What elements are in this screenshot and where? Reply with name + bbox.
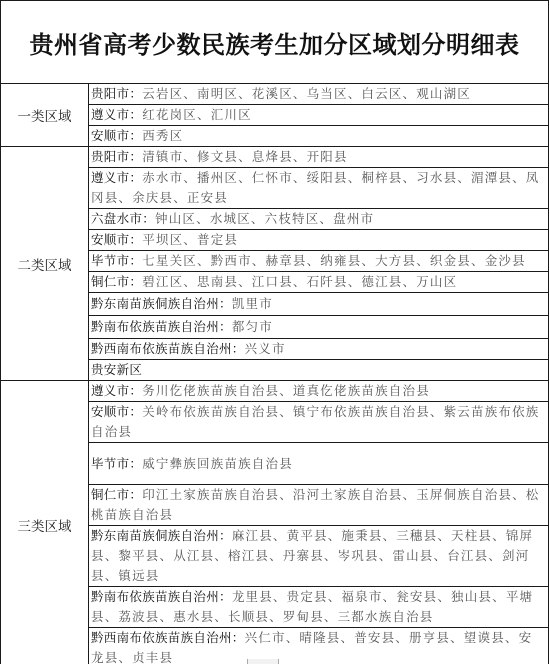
list-item: 安顺市：西秀区 [89, 126, 549, 147]
city-name: 安顺市： [91, 404, 142, 419]
cropped-fragment [247, 659, 279, 664]
document-sheet: 贵州省高考少数民族考生加分区域划分明细表 一类区域 贵阳市：云岩区、南明区、花溪… [0, 0, 550, 664]
city-name: 铜仁市： [91, 487, 142, 502]
city-name: 安顺市： [91, 232, 142, 247]
list-item: 六盘水市：钟山区、水城区、六枝特区、盘州市 [89, 209, 549, 230]
region-label-1: 一类区域 [1, 84, 89, 147]
area-list: 平坝区、普定县 [142, 232, 238, 247]
area-list: 关岭布依族苗族自治县、镇宁布依族苗族自治县、紫云苗族布依族自治县 [91, 404, 540, 439]
table-row: 一类区域 贵阳市：云岩区、南明区、花溪区、乌当区、白云区、观山湖区 [1, 84, 549, 105]
area-list: 都匀市 [232, 319, 273, 334]
list-item: 黔东南苗族侗族自治州：麻江县、黄平县、施秉县、三穗县、天柱县、锦屏县、黎平县、从… [89, 526, 549, 587]
area-list: 清镇市、修文县、息烽县、开阳县 [142, 149, 348, 164]
list-item: 黔南布依族苗族自治州：都匀市 [89, 316, 549, 339]
area-list: 钟山区、水城区、六枝特区、盘州市 [155, 211, 374, 226]
list-item: 毕节市：威宁彝族回族苗族自治县 [89, 443, 549, 485]
list-item: 遵义市：务川仡佬族苗族自治县、道真仡佬族苗族自治县 [89, 381, 549, 402]
city-name: 遵义市： [91, 107, 142, 122]
city-name: 遵义市： [91, 383, 142, 398]
city-name: 安顺市： [91, 128, 142, 143]
area-list: 威宁彝族回族苗族自治县 [142, 456, 293, 471]
title-row: 贵州省高考少数民族考生加分区域划分明细表 [1, 1, 549, 84]
city-name: 黔东南苗族侗族自治州： [91, 296, 232, 311]
region-label-3: 三类区域 [1, 381, 89, 664]
list-item: 黔西南布依族苗族自治州：兴义市 [89, 339, 549, 360]
region-label-2: 二类区域 [1, 147, 89, 381]
city-name: 六盘水市： [91, 211, 155, 226]
city-name: 铜仁市： [91, 274, 142, 289]
city-name: 黔南布依族苗族自治州： [91, 589, 232, 604]
area-list: 七星关区、黔西市、赫章县、纳雍县、大方县、织金县、金沙县 [142, 253, 526, 268]
area-list: 碧江区、思南县、江口县、石阡县、德江县、万山区 [142, 274, 457, 289]
list-item: 贵安新区 [89, 360, 549, 381]
list-item: 黔东南苗族侗族自治州：凯里市 [89, 293, 549, 316]
list-item: 遵义市：赤水市、播州区、仁怀市、绥阳县、桐梓县、习水县、湄潭县、凤冈县、余庆县、… [89, 168, 549, 209]
city-name: 黔东南苗族侗族自治州： [91, 528, 232, 543]
table-row: 二类区域 贵阳市：清镇市、修文县、息烽县、开阳县 [1, 147, 549, 168]
list-item: 铜仁市：碧江区、思南县、江口县、石阡县、德江县、万山区 [89, 272, 549, 293]
area-list: 务川仡佬族苗族自治县、道真仡佬族苗族自治县 [142, 383, 430, 398]
area-list: 云岩区、南明区、花溪区、乌当区、白云区、观山湖区 [142, 86, 471, 101]
city-name: 贵阳市： [91, 149, 142, 164]
list-item: 安顺市：平坝区、普定县 [89, 230, 549, 251]
area-list: 兴义市 [245, 341, 286, 356]
area-list: 凯里市 [232, 296, 273, 311]
area-list: 西秀区 [142, 128, 183, 143]
area-list: 红花岗区、汇川区 [142, 107, 252, 122]
city-name: 黔西南布依族苗族自治州： [91, 630, 245, 645]
region-table: 贵州省高考少数民族考生加分区域划分明细表 一类区域 贵阳市：云岩区、南明区、花溪… [0, 0, 549, 664]
list-item: 毕节市：七星关区、黔西市、赫章县、纳雍县、大方县、织金县、金沙县 [89, 251, 549, 272]
list-item: 贵阳市：清镇市、修文县、息烽县、开阳县 [89, 147, 549, 168]
city-name: 黔南布依族苗族自治州： [91, 319, 232, 334]
city-name: 毕节市： [91, 253, 142, 268]
city-name: 遵义市： [91, 170, 142, 185]
list-item: 贵阳市：云岩区、南明区、花溪区、乌当区、白云区、观山湖区 [89, 84, 549, 105]
city-name: 毕节市： [91, 456, 142, 471]
list-item: 安顺市：关岭布依族苗族自治县、镇宁布依族苗族自治县、紫云苗族布依族自治县 [89, 402, 549, 443]
city-name: 贵安新区 [91, 362, 142, 377]
area-list: 赤水市、播州区、仁怀市、绥阳县、桐梓县、习水县、湄潭县、凤冈县、余庆县、正安县 [91, 170, 540, 205]
page-title: 贵州省高考少数民族考生加分区域划分明细表 [1, 1, 549, 84]
list-item: 黔南布依族苗族自治州：龙里县、贵定县、福泉市、瓮安县、独山县、平塘县、荔波县、惠… [89, 587, 549, 628]
list-item: 黔西南布依族苗族自治州：兴仁市、晴隆县、普安县、册亨县、望谟县、安龙县、贞丰县 [89, 628, 549, 664]
list-item: 铜仁市：印江土家族苗族自治县、沿河土家族自治县、玉屏侗族自治县、松桃苗族自治县 [89, 485, 549, 526]
list-item: 遵义市：红花岗区、汇川区 [89, 105, 549, 126]
table-row: 三类区域 遵义市：务川仡佬族苗族自治县、道真仡佬族苗族自治县 [1, 381, 549, 402]
city-name: 贵阳市： [91, 86, 142, 101]
area-list: 印江土家族苗族自治县、沿河土家族自治县、玉屏侗族自治县、松桃苗族自治县 [91, 487, 540, 522]
city-name: 黔西南布依族苗族自治州： [91, 341, 245, 356]
